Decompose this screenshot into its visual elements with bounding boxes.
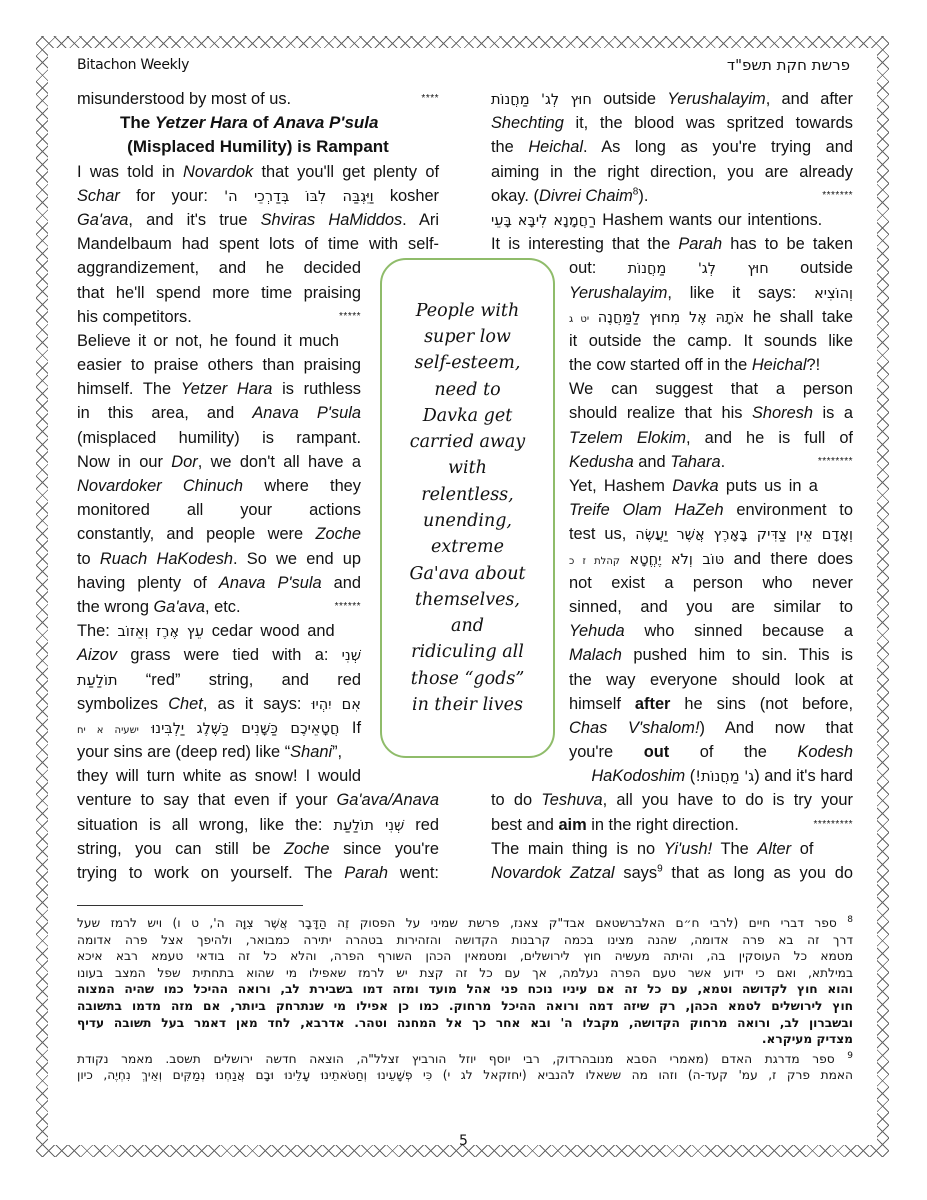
text-line: Kedusha and Tahara.******** — [569, 450, 853, 474]
text-line: okay. (Divrei Chaim8).******* — [491, 184, 853, 208]
footnote-8-line: והוא חוץ לקדושה וטמא, עם כל זה אם עיניו … — [77, 981, 853, 998]
text-line: sinned, and you are similar to — [569, 595, 853, 619]
text-line: you're out of the Kodesh — [569, 740, 853, 764]
text-line: aiming in the right direction, you are a… — [491, 160, 853, 184]
footnote-9-line: האמת פרק ז, עמ' קעד-ה) וזהו מה ששאלו להנ… — [77, 1067, 853, 1084]
text-line: test us, וְאָדָם אֵין צַדִּיק בָּאָרֶץ א… — [569, 522, 853, 546]
footnotes: 8 ספר דברי חיים (לרבי ח״ם האלברשטאם אבד"… — [77, 912, 853, 1084]
page-number: 5 — [0, 1133, 927, 1149]
text-line: in this area, and Anava P'sula — [77, 401, 361, 425]
section-heading: The Yetzer Hara of Anava P'sula — [77, 111, 439, 135]
text-line: venture to say that even if your Ga'ava/… — [77, 788, 439, 812]
text-line: תוֹלַעַת “red” string, and red — [77, 668, 361, 692]
right-column: חוּץ לְג' מַחֲנוֹת outside Yerushalayim,… — [491, 87, 853, 885]
section-stars: **** — [421, 87, 439, 111]
text-line: We can suggest that a person — [569, 377, 853, 401]
text-line: the cow started off in the Heichal?! — [569, 353, 853, 377]
text-line: Yet, Hashem Davka puts us in a — [569, 474, 853, 498]
text-line: Shechting it, the blood was spritzed tow… — [491, 111, 853, 135]
footnote-9-line: 9 ספר מדרגת האדם (מאמרי הסבא מנובהרדוק, … — [77, 1048, 853, 1068]
text-line: Believe it or not, he found it much — [77, 329, 361, 353]
text-line: to Ruach HaKodesh. So we end up — [77, 547, 361, 571]
text-line: symbolizes Chet, as it says: אִם יִהְיוּ — [77, 692, 361, 716]
footnote-8-line: חוץ לירושלים לטמא הכהן, רק שיזה דמה ורוא… — [77, 998, 853, 1015]
text-line: that he'll spend more time praising — [77, 281, 361, 305]
footnote-8-line: מצדיק מעיקרא. — [77, 1031, 853, 1048]
text-line: Ga'ava, and it's true Shviras HaMiddos. … — [77, 208, 439, 232]
text-line: Yerushalayim, like it says: וְהוֹצִיא — [569, 281, 853, 305]
text-line: trying to work on yourself. The Parah we… — [77, 861, 439, 885]
text-line: it outside the camp. It sounds like — [569, 329, 853, 353]
footnote-divider — [77, 905, 303, 906]
text-line: his competitors.***** — [77, 305, 361, 329]
text-line: Treife Olam HaZeh environment to — [569, 498, 853, 522]
text-line: רַחֲמָנָא לִיבָּא בָּעֵי Hashem wants ou… — [491, 208, 853, 232]
text-line: should realize that his Shoresh is a — [569, 401, 853, 425]
text-line: Mandelbaum had spent lots of time with s… — [77, 232, 439, 256]
text-line: Schar for your: וַיִּגְבַּה לִבּוֹ בְּדַ… — [77, 184, 439, 208]
text-line: יט ג אֹתָהּ אֶל מִחוּץ לַמַּחֲנֶה he sha… — [569, 305, 853, 329]
text-line: himself after he sins (not before, — [569, 692, 853, 716]
text-line: Malach pushed him to sin. This is — [569, 643, 853, 667]
text-line: having plenty of Anava P'sula and — [77, 571, 361, 595]
text-line: Tzelem Elokim, and he is full of — [569, 426, 853, 450]
text-line: your sins are (deep red) like “Shani”, — [77, 740, 361, 764]
text-line: The main thing is no Yi'ush! The Alter o… — [491, 837, 853, 861]
text-line: string, you can still be Zoche since you… — [77, 837, 439, 861]
text-line: Chas V'shalom!) And now that — [569, 716, 853, 740]
text-line: best and aim in the right direction.****… — [491, 813, 853, 837]
text-line: to do Teshuva, all you have to do is try… — [491, 788, 853, 812]
text-line: monitored all your actions — [77, 498, 361, 522]
text-line: Novardoker Chinuch where they — [77, 474, 361, 498]
footnote-8-line: ובשברון לב, ורואה מרחוק הקדושה, מקבלו ה'… — [77, 1015, 853, 1032]
text-line: himself. The Yetzer Hara is ruthless — [77, 377, 361, 401]
text-line: Yehuda who sinned because a — [569, 619, 853, 643]
footnote-8-line: במילתא, ואם כי ידוע אשר טעם הפרה נעלמה, … — [77, 965, 853, 982]
text-line: aggrandizement, and he decided — [77, 256, 361, 280]
text-line: Novardok Zatzal says9 that as long as yo… — [491, 861, 853, 885]
text-line: misunderstood by most of us.**** — [77, 87, 439, 111]
text-line: out: חוּץ לְג' מַחֲנוֹת outside — [569, 256, 853, 280]
footnote-8-line: 8 ספר דברי חיים (לרבי ח״ם האלברשטאם אבד"… — [77, 912, 853, 932]
text-line: קהלת ז כ טּוֹב וְלֹא יֶחֱטָא and there d… — [569, 547, 853, 571]
footnote-8-line: מטמא כל העוסקין בה, והיתה מעשיה חוץ לירו… — [77, 948, 853, 965]
footnote-number: 9 — [847, 1051, 853, 1061]
parsha-title: פרשת חקת תשפ"ד — [727, 56, 850, 74]
text-line: easier to praise others than praising — [77, 353, 361, 377]
text-line: HaKodoshim (ג' מַחֲנוֹת!) and it's hard — [491, 764, 853, 788]
text-line: The: עֵץ אֶרֶז וְאֵזוֹב cedar wood and — [77, 619, 361, 643]
publication-title: Bitachon Weekly — [77, 57, 189, 73]
text-line: the Heichal. As long as you're trying an… — [491, 135, 853, 159]
text-line: (misplaced humility) is rampant. — [77, 426, 361, 450]
footnote-number: 8 — [847, 915, 853, 925]
text-line: Now in our Dor, we don't all have a — [77, 450, 361, 474]
text-line: not exist a person who never — [569, 571, 853, 595]
text-line: constantly, and people were Zoche — [77, 522, 361, 546]
text-line: they will turn white as snow! I would — [77, 764, 361, 788]
pull-quote-line: with — [448, 455, 487, 481]
text-line: It is interesting that the Parah has to … — [491, 232, 853, 256]
text-line: Aizov grass were tied with a: שְׁנִי — [77, 643, 361, 667]
text-line: the way everyone should look at — [569, 668, 853, 692]
text-line: ישעיה א יח חֲטָאֵיכֶם כַּשָּׁנִים כַּשֶּ… — [77, 716, 361, 740]
footnote-8-line: דרך זה בא פרה אדומה, שהנה מצינו בכמה קרב… — [77, 932, 853, 949]
section-heading: (Misplaced Humility) is Rampant — [77, 135, 439, 159]
pull-quote-line: and — [451, 613, 484, 639]
text-line: situation is all wrong, like the: שְׁנִי… — [77, 813, 439, 837]
text-line: I was told in Novardok that you'll get p… — [77, 160, 439, 184]
text-line: חוּץ לְג' מַחֲנוֹת outside Yerushalayim,… — [491, 87, 853, 111]
text-line: the wrong Ga'ava, etc.****** — [77, 595, 361, 619]
